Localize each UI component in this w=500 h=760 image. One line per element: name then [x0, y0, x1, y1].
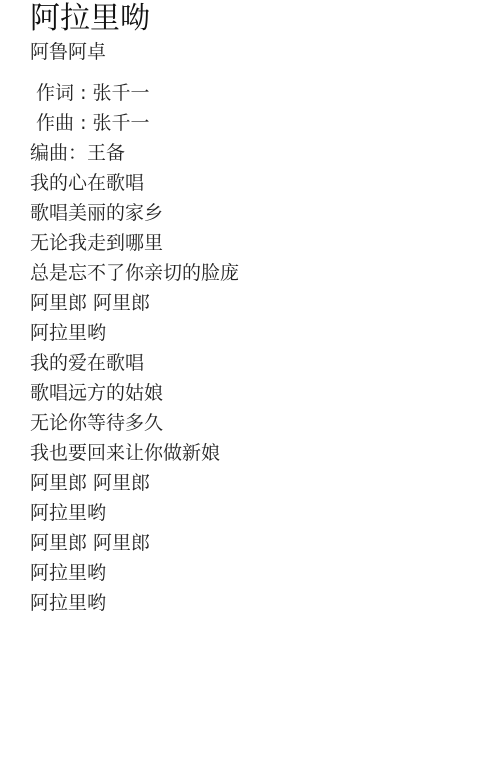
lyric-line: 阿拉里哟: [30, 588, 470, 618]
lyric-line: 阿里郎 阿里郎: [30, 468, 470, 498]
credit-lyricist: 作词 : 张千一: [30, 78, 470, 108]
lyric-line: 无论你等待多久: [30, 408, 470, 438]
lyric-line: 歌唱远方的姑娘: [30, 378, 470, 408]
lyrics-page: 阿拉里呦 阿鲁阿卓 作词 : 张千一 作曲 : 张千一 编曲：王备 我的心在歌唱…: [30, 0, 470, 618]
credit-composer: 作曲 : 张千一: [30, 108, 470, 138]
lyric-line: 阿拉里哟: [30, 558, 470, 588]
song-title: 阿拉里呦: [30, 0, 470, 38]
artist-name: 阿鲁阿卓: [30, 38, 470, 66]
lyric-line: 歌唱美丽的家乡: [30, 198, 470, 228]
lyric-line: 阿拉里哟: [30, 498, 470, 528]
lyric-line: 无论我走到哪里: [30, 228, 470, 258]
lyric-line: 总是忘不了你亲切的脸庞: [30, 258, 470, 288]
lyric-line: 阿里郎 阿里郎: [30, 288, 470, 318]
lyric-line: 我的爱在歌唱: [30, 348, 470, 378]
credit-arranger: 编曲：王备: [30, 138, 470, 168]
lyrics-block: 作词 : 张千一 作曲 : 张千一 编曲：王备 我的心在歌唱 歌唱美丽的家乡 无…: [30, 78, 470, 618]
lyric-line: 我的心在歌唱: [30, 168, 470, 198]
lyric-line: 阿里郎 阿里郎: [30, 528, 470, 558]
lyric-line: 阿拉里哟: [30, 318, 470, 348]
lyric-line: 我也要回来让你做新娘: [30, 438, 470, 468]
